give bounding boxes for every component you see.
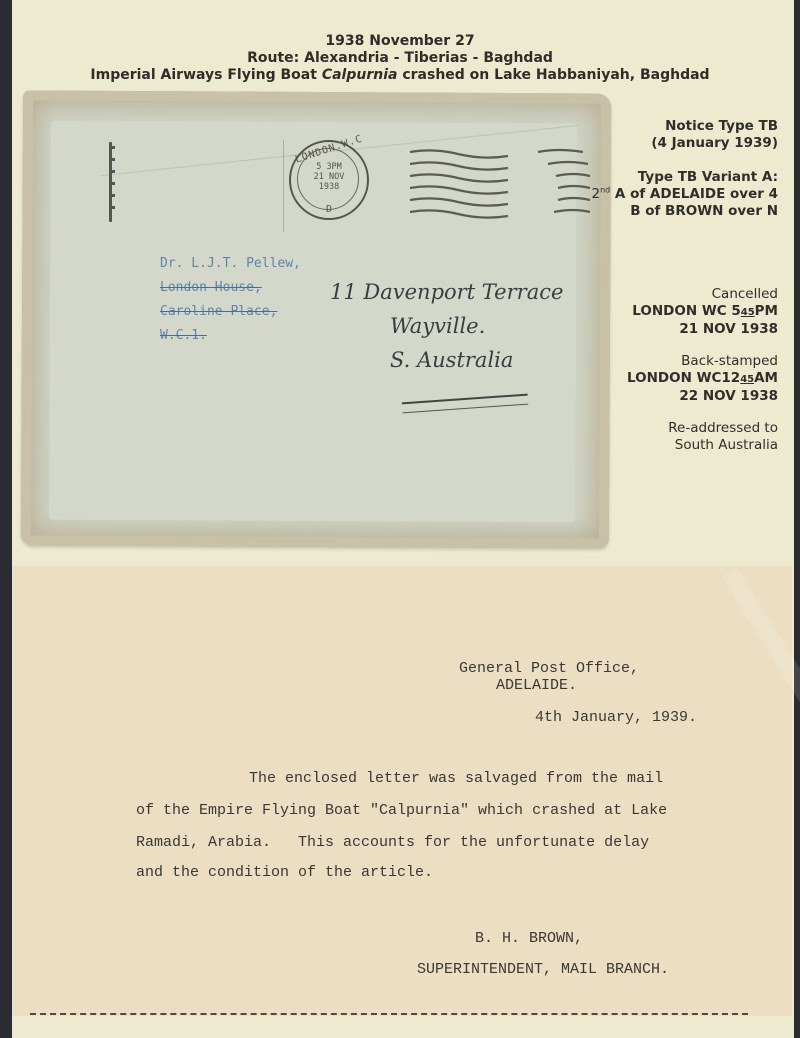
notice-body-line: The enclosed letter was salvaged from th… [249, 770, 663, 787]
handwritten-street: 11 Davenport Terrace [330, 275, 563, 309]
handwritten-suburb: Wayville. [330, 309, 563, 343]
notice-date: (4 January 1939) [558, 135, 778, 152]
cancelled-place: LONDON WC 545PM [558, 303, 778, 321]
handwritten-address: 11 Davenport Terrace Wayville. S. Austra… [330, 275, 563, 377]
notice-date: 4th January, 1939. [535, 709, 697, 726]
variant-line-2: B of BROWN over N [558, 203, 778, 220]
postmark-circle: LONDON.W.C 5 3PM 21 NOV 1938 D [289, 140, 369, 220]
notice-office: General Post Office, [459, 660, 639, 677]
backstamp-minutes: 45 [740, 374, 754, 385]
cancelled-label: Cancelled [558, 286, 778, 303]
ordinal-number: 2 [591, 186, 600, 202]
cancelled-ampm: PM [755, 303, 778, 319]
postmark-date: 21 NOV [291, 172, 367, 182]
notice-city: ADELAIDE. [496, 677, 577, 694]
variant-note: Type TB Variant A: 2nd A of ADELAIDE ove… [558, 169, 778, 220]
address-line-struck: W.C.1. [160, 324, 301, 348]
backstamp-label: Back-stamped [558, 353, 778, 370]
postmark-center: 5 3PM 21 NOV 1938 [291, 162, 367, 192]
postmark-code: D [291, 204, 367, 215]
backstamp-note: Back-stamped LONDON WC1245AM 22 NOV 1938 [558, 353, 778, 405]
postmark-time: 5 3PM [291, 162, 367, 172]
page-header: 1938 November 27 Route: Alexandria - Tib… [0, 33, 800, 84]
backstamp-date: 22 NOV 1938 [558, 388, 778, 405]
readdressed-note: Re-addressed to South Australia [558, 420, 778, 454]
aircraft-name: Calpurnia [322, 67, 398, 83]
stamp-edge [283, 140, 284, 232]
typed-address: Dr. L.J.T. Pellew, London House, Carolin… [160, 252, 301, 348]
notice-body-line: Ramadi, Arabia. This accounts for the un… [136, 834, 649, 851]
variant-line-1: 2nd A of ADELAIDE over 4 [558, 186, 778, 203]
notice-signatory: B. H. BROWN, [475, 930, 583, 947]
address-line-recipient: Dr. L.J.T. Pellew, [160, 252, 301, 276]
notice-signatory-title: SUPERINTENDENT, MAIL BRANCH. [417, 961, 669, 978]
address-line-struck: Caroline Place, [160, 300, 301, 324]
address-line-struck: London House, [160, 276, 301, 300]
cancelled-place-text: LONDON WC 5 [632, 303, 740, 319]
cut-line [30, 1013, 748, 1015]
cancelled-minutes: 45 [741, 307, 755, 318]
flight-route: Route: Alexandria - Tiberias - Baghdad [0, 50, 800, 67]
crash-prefix: Imperial Airways Flying Boat [90, 67, 321, 83]
crash-suffix: crashed on Lake Habbaniyah, Baghdad [397, 67, 709, 83]
stamp-perforation [109, 142, 112, 222]
notice-body-line: and the condition of the article. [136, 864, 433, 881]
backstamp-ampm: AM [754, 370, 778, 386]
handwritten-state: S. Australia [330, 343, 563, 377]
readdressed-line-2: South Australia [558, 437, 778, 454]
flight-date: 1938 November 27 [0, 33, 800, 50]
gpo-notice-slip [12, 566, 792, 1016]
ordinal-suffix: nd [600, 186, 610, 195]
notice-body-line: of the Empire Flying Boat "Calpurnia" wh… [136, 802, 667, 819]
backstamp-place-text: LONDON WC12 [627, 370, 740, 386]
notice-type-note: Notice Type TB (4 January 1939) [558, 118, 778, 152]
variant-line-1-text: A of ADELAIDE over 4 [610, 186, 778, 202]
readdressed-line-1: Re-addressed to [558, 420, 778, 437]
variant-title: Type TB Variant A: [558, 169, 778, 186]
notice-type: Notice Type TB [558, 118, 778, 135]
cancelled-note: Cancelled LONDON WC 545PM 21 NOV 1938 [558, 286, 778, 338]
scan-border [794, 0, 800, 1038]
postmark-year: 1938 [291, 182, 367, 192]
cancelled-date: 21 NOV 1938 [558, 321, 778, 338]
crash-description: Imperial Airways Flying Boat Calpurnia c… [0, 67, 800, 84]
backstamp-place: LONDON WC1245AM [558, 370, 778, 388]
